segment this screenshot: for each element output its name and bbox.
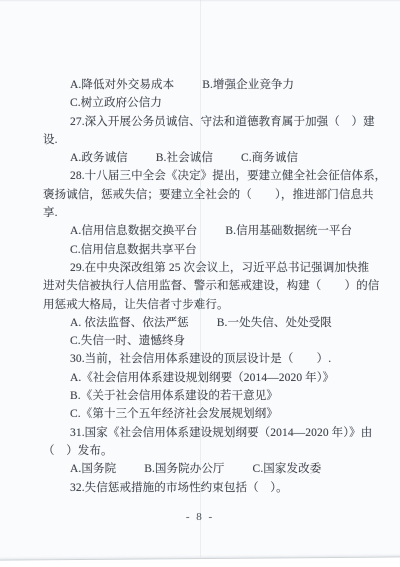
- options-line: A.降低对外交易成本B.增强企业竞争力: [43, 76, 375, 94]
- text-line: 设.: [43, 131, 375, 149]
- text-line: 进对失信被执行人信用监督、警示和惩戒建设，构建（ ）的信: [43, 277, 375, 295]
- option-item: A.信用信息数据交换平台: [70, 222, 197, 240]
- options-line: C.失信一时、遗憾终身: [43, 332, 375, 350]
- option-item: C.失信一时、遗憾终身: [70, 332, 185, 350]
- text-line: 29.在中央深改组第 25 次会议上，习近平总书记强调加快推: [43, 259, 375, 277]
- page-edge-bottom: [0, 556, 400, 567]
- option-item: B.社会诚信: [156, 149, 213, 167]
- options-line: A.国务院B.国务院办公厅C.国家发改委: [43, 460, 375, 478]
- options-line: C.树立政府公信力: [43, 94, 375, 112]
- option-item: B.《关于社会信用体系建设的若干意见》: [70, 387, 278, 405]
- option-item: C.商务诚信: [241, 149, 298, 167]
- options-line: A.信用信息数据交换平台B.信用基础数据统一平台: [43, 222, 375, 240]
- option-item: B.一处失信、处处受限: [217, 314, 332, 332]
- text-line: 享.: [43, 204, 375, 222]
- option-item: B.国务院办公厅: [144, 460, 224, 478]
- option-item: B.增强企业竞争力: [202, 76, 294, 94]
- option-item: A.政务诚信: [70, 149, 128, 167]
- options-line: A.政务诚信B.社会诚信C.商务诚信: [43, 149, 375, 167]
- options-line: A.《社会信用体系建设规划纲要（2014—2020 年）》: [43, 369, 375, 387]
- option-item: C.树立政府公信力: [70, 94, 162, 112]
- option-item: C.信用信息数据共享平台: [70, 241, 197, 259]
- options-line: A. 依法监督、依法严惩B.一处失信、处处受限: [43, 314, 375, 332]
- option-item: C.《第十三个五年经济社会发展规划纲》: [70, 405, 278, 423]
- text-line: 30.当前，社会信用体系建设的顶层设计是（ ）.: [43, 350, 375, 368]
- text-line: 27.深入开展公务员诚信、守法和道德教育属于加强（ ）建: [43, 113, 375, 131]
- option-item: A.国务院: [70, 460, 116, 478]
- option-item: A.降低对外交易成本: [70, 76, 174, 94]
- text-line: 32.失信惩戒措施的市场性约束包括（ ）。: [43, 479, 375, 497]
- options-line: C.信用信息数据共享平台: [43, 241, 375, 259]
- text-line: 28.十八届三中全会《决定》提出，要建立健全社会征信体系，: [43, 167, 375, 185]
- option-item: A. 依法监督、依法严惩: [70, 314, 189, 332]
- text-line: （ ）发布。: [43, 442, 375, 460]
- option-item: C.国家发改委: [253, 460, 322, 478]
- text-line: 用惩戒大格局，让失信者寸步难行。: [43, 296, 375, 314]
- page-number: - 8 -: [0, 511, 400, 523]
- text-line: 褒扬诚信，惩戒失信；要建立全社会的（ ），推进部门信息共: [43, 186, 375, 204]
- question-text-block: A.降低对外交易成本B.增强企业竞争力C.树立政府公信力27.深入开展公务员诚信…: [43, 76, 375, 497]
- options-line: B.《关于社会信用体系建设的若干意见》: [43, 387, 375, 405]
- text-line: 31.国家《社会信用体系建设规划纲要（2014—2020 年）》由: [43, 424, 375, 442]
- option-item: B.信用基础数据统一平台: [225, 222, 352, 240]
- scanned-exam-page: A.降低对外交易成本B.增强企业竞争力C.树立政府公信力27.深入开展公务员诚信…: [0, 0, 400, 567]
- options-line: C.《第十三个五年经济社会发展规划纲》: [43, 405, 375, 423]
- option-item: A.《社会信用体系建设规划纲要（2014—2020 年）》: [70, 369, 334, 387]
